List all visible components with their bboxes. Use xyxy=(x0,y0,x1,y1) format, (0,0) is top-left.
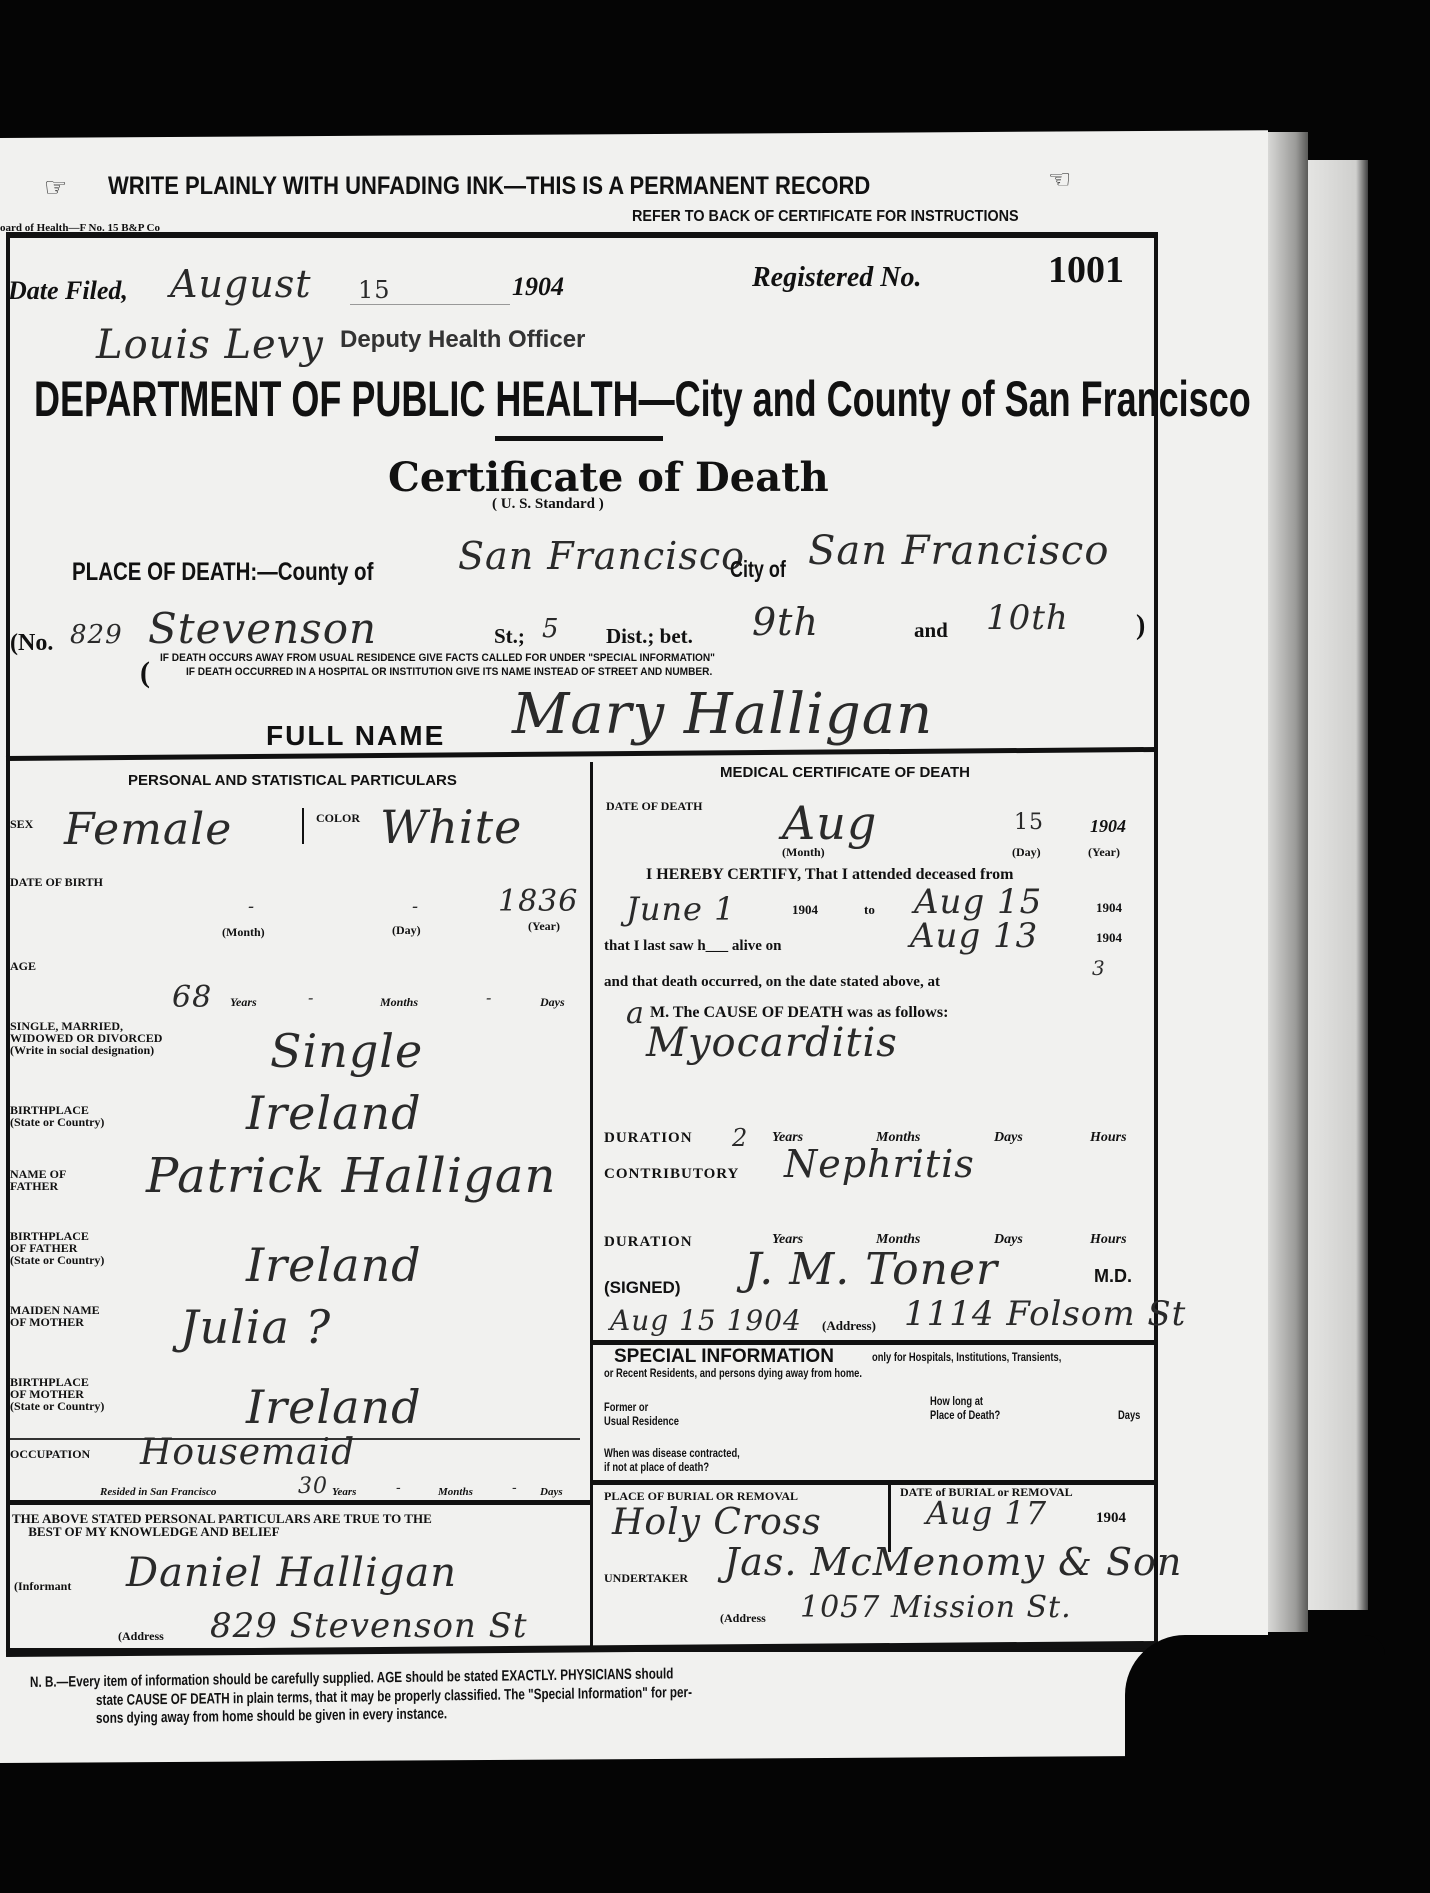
duration-days-caption: Days xyxy=(994,1130,1023,1146)
date-filed-year: 1904 xyxy=(512,272,564,302)
duration2-days-caption: Days xyxy=(994,1232,1023,1248)
informant-divider xyxy=(6,1500,590,1505)
resided-days[interactable]: - xyxy=(512,1480,518,1496)
banner-text: WRITE PLAINLY WITH UNFADING INK—THIS IS … xyxy=(108,172,870,201)
resided-months-caption: Months xyxy=(438,1486,473,1498)
sex-label: SEX xyxy=(10,818,33,830)
father-name-label: NAME OF FATHER xyxy=(10,1168,66,1192)
special-divider xyxy=(592,1340,1158,1345)
age-years[interactable]: 68 xyxy=(172,980,212,1015)
dod-month-caption: (Month) xyxy=(782,846,825,858)
special-heading-note: only for Hospitals, Institutions, Transi… xyxy=(872,1350,1061,1364)
age-months[interactable]: - xyxy=(308,988,314,1007)
adjacent-page-edge xyxy=(1308,160,1368,1610)
place-of-death-label: PLACE OF DEATH:—County of xyxy=(72,558,373,587)
place-note-2: IF DEATH OCCURRED IN A HOSPITAL OR INSTI… xyxy=(186,666,712,678)
to-label: to xyxy=(864,902,875,918)
age-label: AGE xyxy=(10,960,36,972)
signed-label: (SIGNED) xyxy=(604,1278,681,1298)
resided-months[interactable]: - xyxy=(396,1480,402,1496)
resided-years-caption: Years xyxy=(332,1486,356,1498)
department-title: DEPARTMENT OF PUBLIC HEALTH—City and Cou… xyxy=(34,370,1251,428)
resided-days-caption: Days xyxy=(540,1486,563,1498)
full-name-value[interactable]: Mary Halligan xyxy=(512,682,933,747)
occupation-value[interactable]: Housemaid xyxy=(140,1432,355,1473)
burial-date-value[interactable]: Aug 17 xyxy=(926,1494,1047,1532)
medical-heading: MEDICAL CERTIFICATE OF DEATH xyxy=(720,764,970,781)
duration-label: DURATION xyxy=(604,1130,693,1147)
color-label: COLOR xyxy=(316,812,360,824)
contracted-field[interactable] xyxy=(760,1458,960,1472)
undertaker-label: UNDERTAKER xyxy=(604,1572,688,1584)
city-label: City of xyxy=(730,556,786,583)
close-paren: ) xyxy=(1136,610,1145,642)
birthplace-value[interactable]: Ireland xyxy=(246,1086,422,1140)
burial-divider xyxy=(592,1480,1158,1485)
duration2-hours-caption: Hours xyxy=(1090,1232,1127,1248)
dob-month[interactable]: - xyxy=(248,896,255,917)
officer-title: Deputy Health Officer xyxy=(340,326,585,354)
date-filed-month[interactable]: August xyxy=(170,262,312,306)
duration-years-value[interactable]: 2 xyxy=(732,1124,748,1152)
last-saw-date[interactable]: Aug 13 xyxy=(910,916,1038,956)
dob-year[interactable]: 1836 xyxy=(498,884,578,919)
burial-place-value[interactable]: Holy Cross xyxy=(612,1502,822,1543)
age-years-caption: Years xyxy=(230,996,257,1008)
dod-label: DATE OF DEATH xyxy=(606,800,702,812)
street-number[interactable]: 829 xyxy=(70,620,123,650)
dob-day[interactable]: - xyxy=(412,896,419,917)
former-residence-field[interactable] xyxy=(740,1412,860,1428)
dob-day-caption: (Day) xyxy=(392,924,421,936)
district-value[interactable]: 5 xyxy=(542,614,560,644)
death-hour[interactable]: 3 xyxy=(1092,956,1106,980)
pointing-hand-left-icon: ☜ xyxy=(1048,164,1071,195)
between-street-1[interactable]: 9th xyxy=(752,600,819,644)
contracted-label: When was disease contracted, if not at p… xyxy=(604,1446,740,1474)
registered-label: Registered No. xyxy=(752,262,922,294)
former-residence-label: Former or Usual Residence xyxy=(604,1400,679,1428)
signed-date[interactable]: Aug 15 1904 xyxy=(610,1304,802,1337)
mother-birthplace-value[interactable]: Ireland xyxy=(246,1380,422,1434)
undertaker-address-label: (Address xyxy=(720,1612,766,1624)
am-pm[interactable]: a xyxy=(626,996,645,1031)
physician-signature[interactable]: J. M. Toner xyxy=(744,1244,998,1295)
mother-birthplace-label: BIRTHPLACE OF MOTHER (State or Country) xyxy=(10,1376,104,1412)
dob-year-caption: (Year) xyxy=(528,920,560,932)
mother-name-value[interactable]: Julia ? xyxy=(180,1300,331,1354)
physician-address[interactable]: 1114 Folsom St xyxy=(904,1294,1186,1334)
contributory-label: CONTRIBUTORY xyxy=(604,1166,739,1183)
certificate-title: Certificate of Death xyxy=(388,454,829,501)
father-birthplace-value[interactable]: Ireland xyxy=(246,1238,422,1292)
full-name-label: FULL NAME xyxy=(266,720,445,752)
note-open-paren: ( xyxy=(140,656,150,690)
informant-address[interactable]: 829 Stevenson St xyxy=(210,1606,528,1646)
color-value[interactable]: White xyxy=(380,800,522,854)
md-label: M.D. xyxy=(1094,1266,1132,1287)
officer-signature: Louis Levy xyxy=(96,322,324,368)
how-long-label: How long at Place of Death? xyxy=(930,1394,1000,1422)
street-name[interactable]: Stevenson xyxy=(148,604,377,653)
between-street-2[interactable]: 10th xyxy=(986,598,1069,638)
personal-heading: PERSONAL AND STATISTICAL PARTICULARS xyxy=(128,772,457,789)
how-long-unit: Days xyxy=(1118,1408,1140,1422)
dod-day-caption: (Day) xyxy=(1012,846,1041,858)
attended-from[interactable]: June 1 xyxy=(626,890,736,928)
sex-value[interactable]: Female xyxy=(64,804,232,855)
father-name-value[interactable]: Patrick Halligan xyxy=(146,1148,556,1204)
dod-month[interactable]: Aug xyxy=(782,796,877,850)
informant-name[interactable]: Daniel Halligan xyxy=(126,1550,457,1596)
instructions-note: REFER TO BACK OF CERTIFICATE FOR INSTRUC… xyxy=(632,208,1019,226)
resided-years[interactable]: 30 xyxy=(298,1474,328,1499)
duration-hours-caption: Hours xyxy=(1090,1130,1127,1146)
us-standard: ( U. S. Standard ) xyxy=(492,496,604,513)
duration2-label: DURATION xyxy=(604,1234,693,1251)
registered-number[interactable]: 1001 xyxy=(1048,248,1124,292)
dod-day[interactable]: 15 xyxy=(1014,810,1044,835)
page-curl-edge xyxy=(1268,132,1308,1632)
title-rule xyxy=(495,436,663,441)
date-filed-day[interactable]: 15 xyxy=(358,276,391,304)
birthplace-label: BIRTHPLACE (State or Country) xyxy=(10,1104,104,1128)
cause-value[interactable]: Myocarditis xyxy=(646,1020,898,1066)
city-value[interactable]: San Francisco xyxy=(808,528,1109,574)
dod-year[interactable]: 1904 xyxy=(1090,816,1126,837)
attended-from-year: 1904 xyxy=(792,902,818,918)
dod-year-caption: (Year) xyxy=(1088,846,1120,858)
occurred-text: and that death occurred, on the date sta… xyxy=(604,974,940,991)
physician-address-label: (Address) xyxy=(822,1318,876,1334)
last-saw-label: that I last saw h___ alive on xyxy=(604,938,782,955)
marital-value[interactable]: Single xyxy=(270,1024,423,1078)
age-months-caption: Months xyxy=(380,996,418,1008)
contributory-value[interactable]: Nephritis xyxy=(784,1142,975,1186)
column-divider xyxy=(590,762,593,1650)
undertaker-value[interactable]: Jas. McMenomy & Son xyxy=(724,1540,1182,1584)
age-days[interactable]: - xyxy=(486,988,492,1007)
dob-month-caption: (Month) xyxy=(222,926,265,938)
date-filed-label: Date Filed, xyxy=(8,276,128,306)
age-days-caption: Days xyxy=(540,996,565,1008)
marital-label: SINGLE, MARRIED, WIDOWED OR DIVORCED (Wr… xyxy=(10,1020,162,1056)
special-note-2: or Recent Residents, and persons dying a… xyxy=(604,1366,862,1380)
informant-address-label: (Address xyxy=(118,1630,164,1642)
county-value[interactable]: San Francisco xyxy=(458,534,745,578)
resided-label: Resided in San Francisco xyxy=(100,1486,216,1498)
burial-place-label: PLACE OF BURIAL OR REMOVAL xyxy=(604,1490,798,1502)
district-label: Dist.; bet. xyxy=(606,624,693,649)
informant-statement: THE ABOVE STATED PERSONAL PARTICULARS AR… xyxy=(12,1512,432,1538)
father-birthplace-label: BIRTHPLACE OF FATHER (State or Country) xyxy=(10,1230,104,1266)
last-saw-year: 1904 xyxy=(1096,930,1122,946)
pointing-hand-icon: ☞ xyxy=(44,172,67,203)
occupation-label: OCCUPATION xyxy=(10,1448,90,1460)
street-no-label: (No. xyxy=(10,630,53,657)
burial-year: 1904 xyxy=(1096,1510,1126,1527)
attended-to-year: 1904 xyxy=(1096,900,1122,916)
undertaker-address[interactable]: 1057 Mission St. xyxy=(800,1590,1072,1625)
mother-name-label: MAIDEN NAME OF MOTHER xyxy=(10,1304,100,1328)
special-heading: SPECIAL INFORMATION xyxy=(614,1346,834,1368)
place-note-1: IF DEATH OCCURS AWAY FROM USUAL RESIDENC… xyxy=(160,652,715,664)
dob-label: DATE OF BIRTH xyxy=(10,876,103,888)
and-label: and xyxy=(914,618,948,643)
informant-label: (Informant xyxy=(14,1580,71,1592)
st-label: St.; xyxy=(494,624,525,649)
page-shadow xyxy=(1125,1635,1385,1795)
